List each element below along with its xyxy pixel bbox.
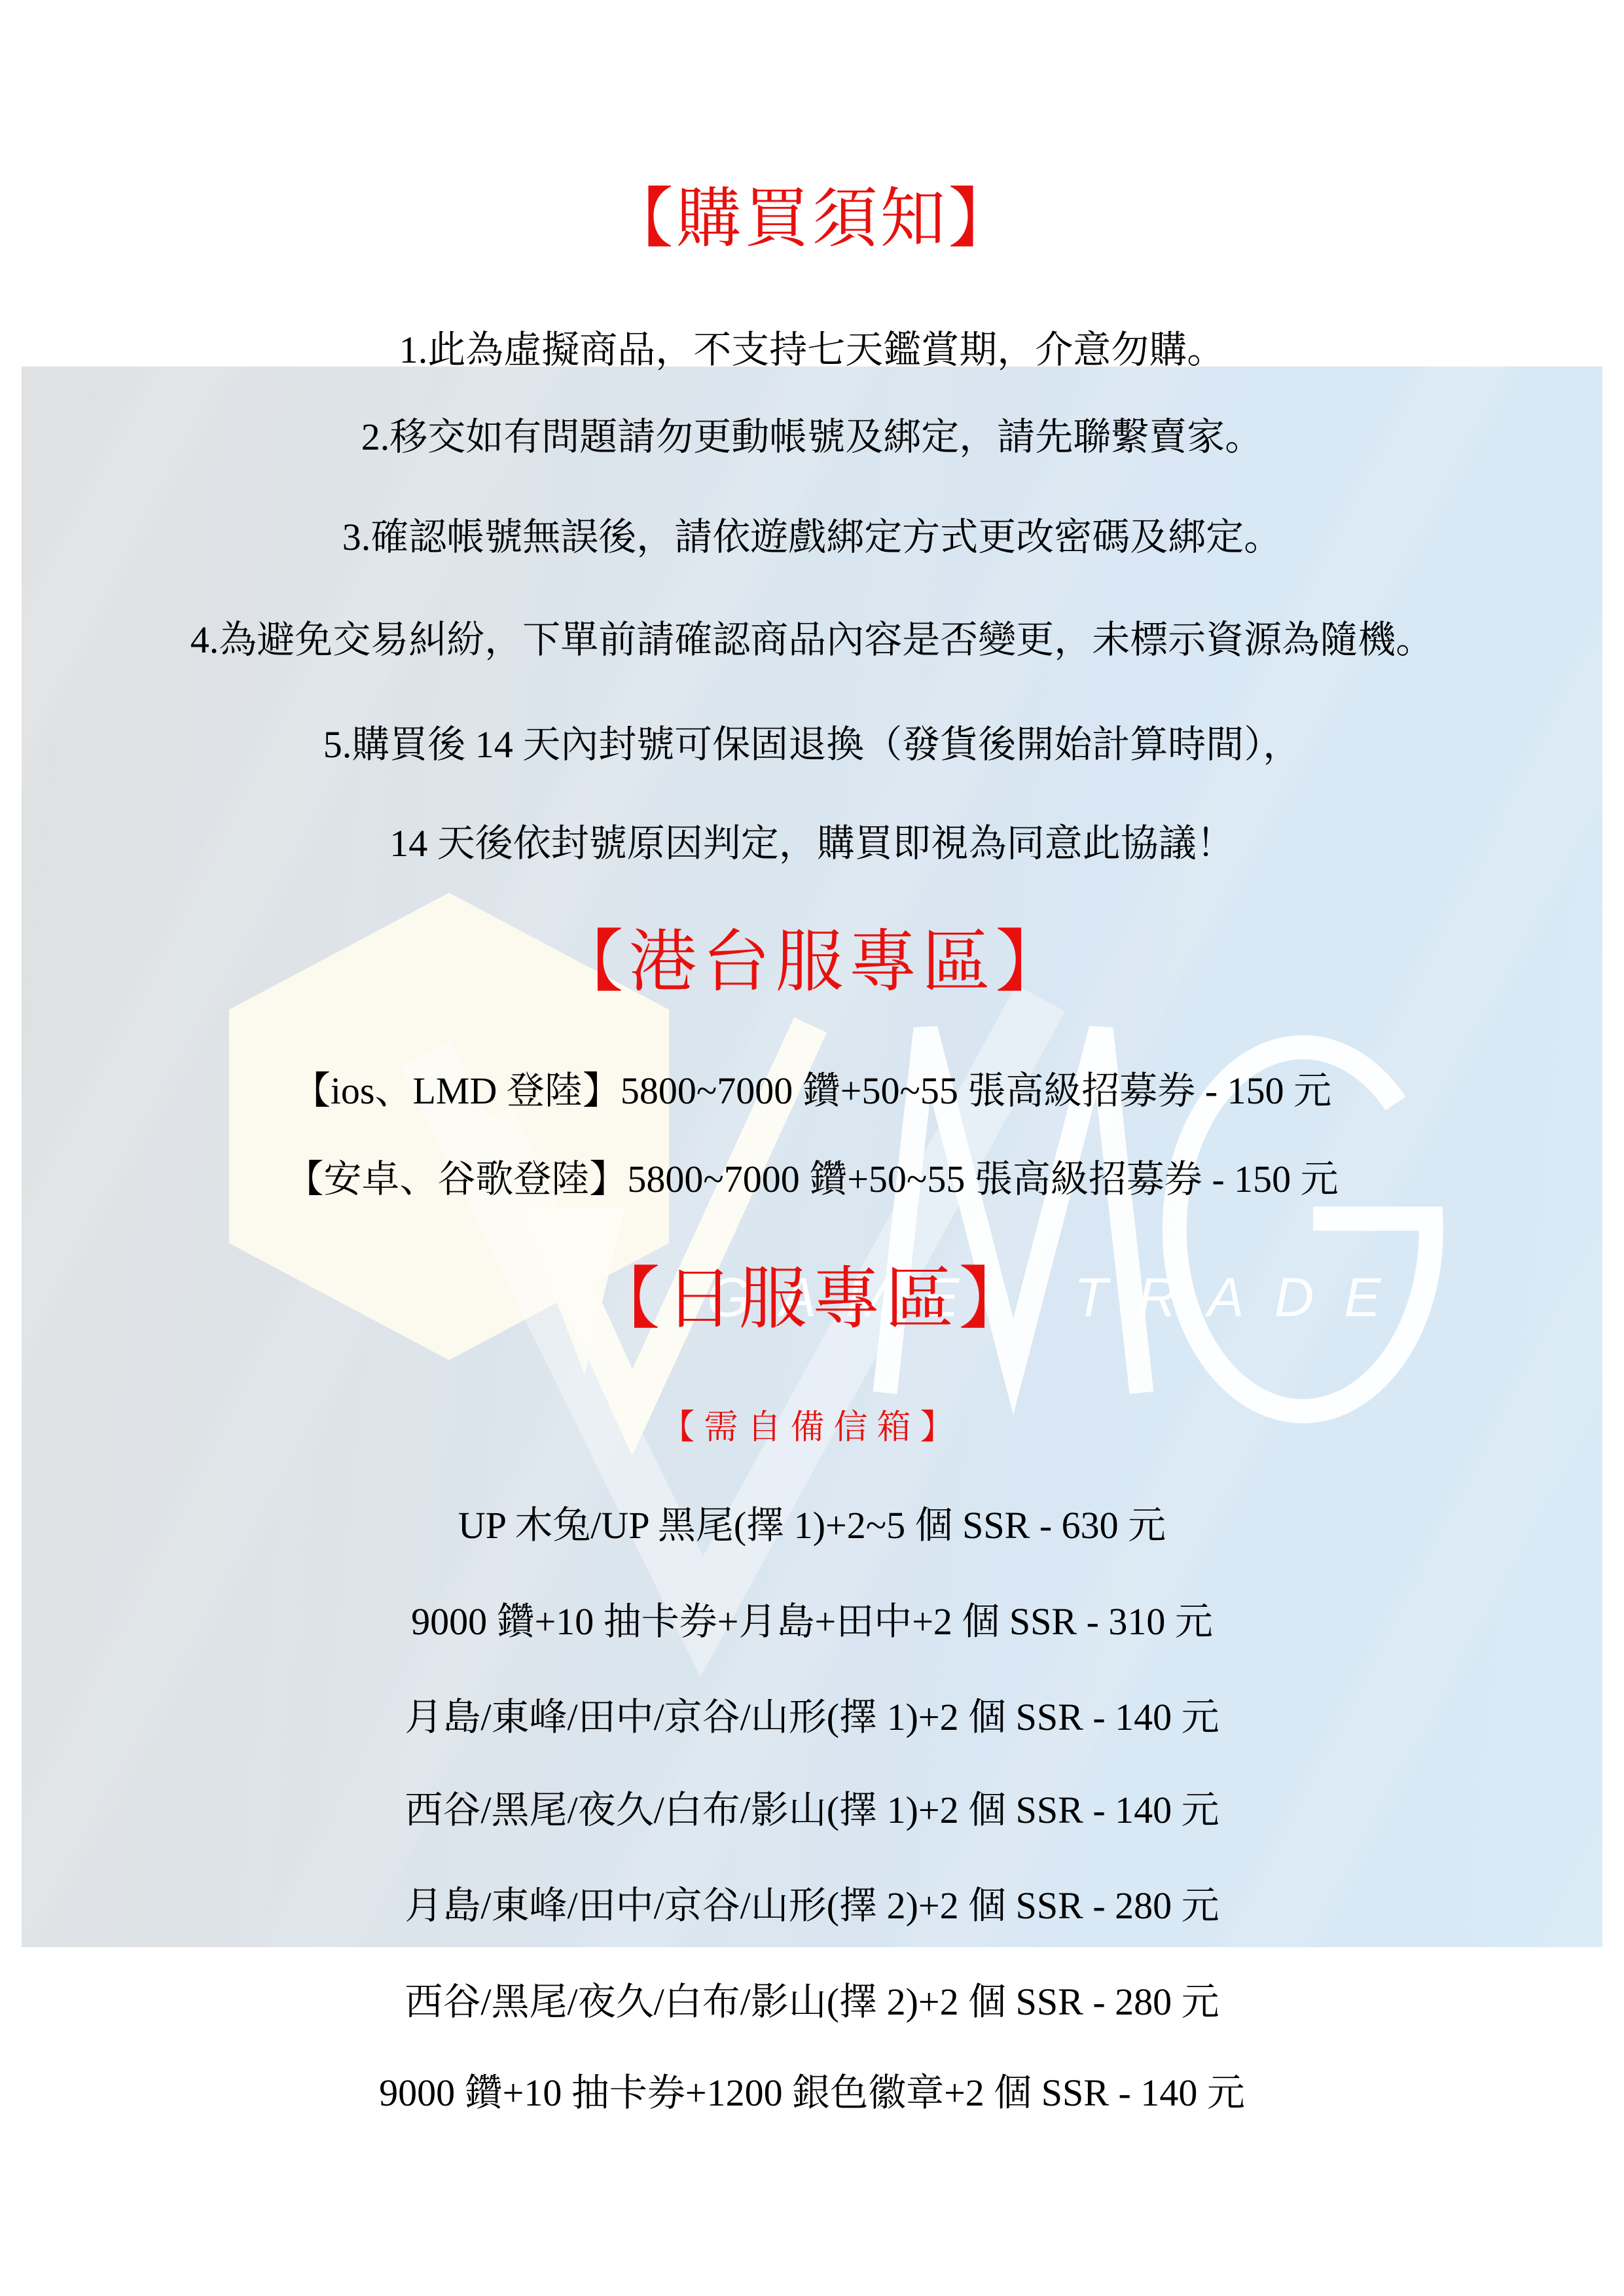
notice-line-4: 4.為避免交易糾紛，下單前請確認商品內容是否變更，未標示資源為隨機。 bbox=[0, 617, 1624, 664]
notice-line-2: 2.移交如有問題請勿更動帳號及綁定，請先聯繫賣家。 bbox=[0, 414, 1624, 461]
notice-line-1: 1.此為虛擬商品，不支持七天鑑賞期，介意勿購。 bbox=[0, 327, 1624, 374]
product-line-jp-6: 西谷/黑尾/夜久/白布/影山(擇 2)+2 個 SSR - 280 元 bbox=[0, 1979, 1624, 2026]
product-line-jp-4: 西谷/黑尾/夜久/白布/影山(擇 1)+2 個 SSR - 140 元 bbox=[0, 1787, 1624, 1835]
product-line-jp-3: 月島/東峰/田中/京谷/山形(擇 1)+2 個 SSR - 140 元 bbox=[0, 1694, 1624, 1742]
notice-line-5: 5.購買後 14 天內封號可保固退換（發貨後開始計算時間）， bbox=[0, 721, 1624, 769]
product-line-jp-5: 月島/東峰/田中/京谷/山形(擇 2)+2 個 SSR - 280 元 bbox=[0, 1882, 1624, 1930]
promo-page: { "page": { "title": "【購買須知】" }, "notice… bbox=[0, 0, 1624, 2296]
product-line-jp-1: UP 木兔/UP 黑尾(擇 1)+2~5 個 SSR - 630 元 bbox=[0, 1502, 1624, 1550]
product-line-hk-android: 【安卓、谷歌登陸】5800~7000 鑽+50~55 張高級招募券 - 150 … bbox=[0, 1156, 1624, 1204]
notice-line-3: 3.確認帳號無誤後，請依遊戲綁定方式更改密碼及綁定。 bbox=[0, 514, 1624, 562]
page-title: 【購買須知】 bbox=[0, 178, 1624, 260]
section-title-hk-tw: 【港台服專區】 bbox=[0, 920, 1624, 1005]
section-title-jp: 【日服專區】 bbox=[0, 1257, 1624, 1342]
jp-mailbox-note: 【需自備信箱】 bbox=[0, 1407, 1624, 1449]
notice-line-5-cont: 14 天後依封號原因判定，購買即視為同意此協議！ bbox=[0, 820, 1624, 868]
product-line-jp-2: 9000 鑽+10 抽卡券+月島+田中+2 個 SSR - 310 元 bbox=[0, 1598, 1624, 1646]
product-line-hk-ios: 【ios、LMD 登陸】5800~7000 鑽+50~55 張高級招募券 - 1… bbox=[0, 1067, 1624, 1115]
product-line-jp-7: 9000 鑽+10 抽卡券+1200 銀色徽章+2 個 SSR - 140 元 bbox=[0, 2070, 1624, 2117]
